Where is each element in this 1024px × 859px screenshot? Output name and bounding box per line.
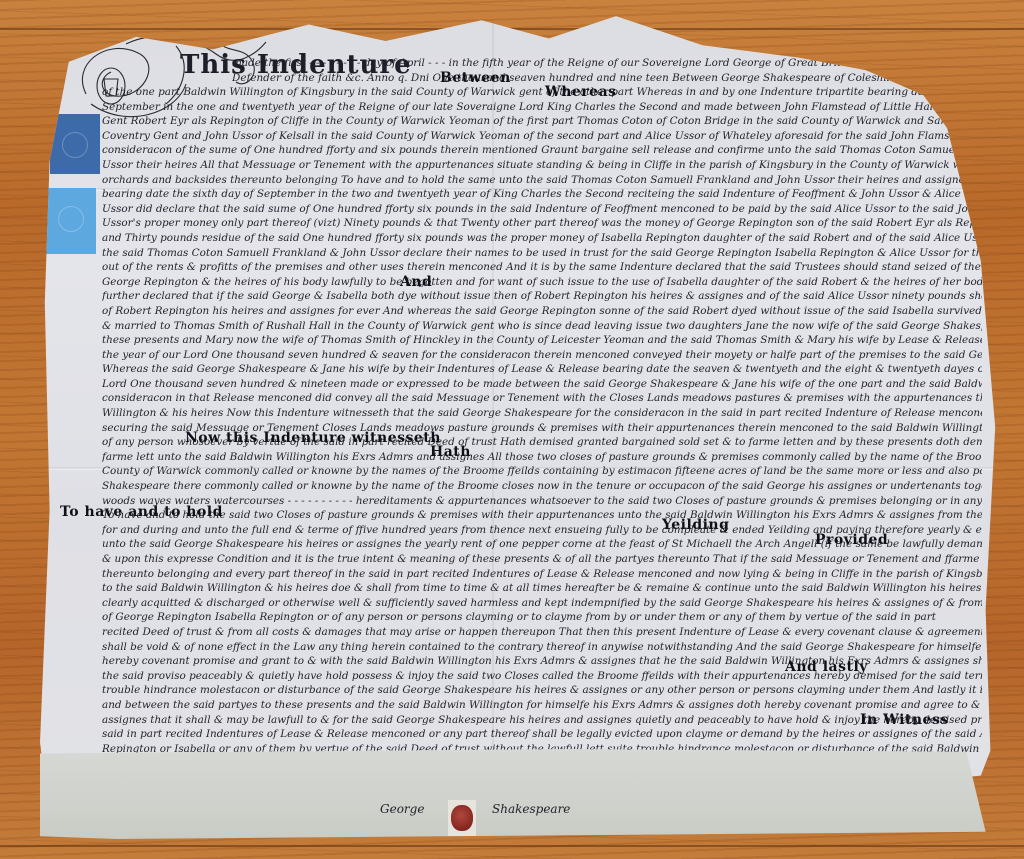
text-line: thereunto belonging and every part there… xyxy=(102,567,982,582)
tax-stamp-dark xyxy=(50,114,100,174)
keyword-witnesseth: Now this Indenture witnesseth xyxy=(185,430,441,446)
text-line: further declared that if the said George… xyxy=(102,289,982,304)
text-line: of George Repington Isabella Repington o… xyxy=(102,610,982,625)
text-line: farme lett unto the said Baldwin Willing… xyxy=(102,450,982,465)
text-line: George Repington & the heires of his bod… xyxy=(102,275,982,290)
parchment-sheet: This Indenture made the first - - - - - … xyxy=(40,12,1000,842)
floorboard-seam xyxy=(0,845,1024,847)
text-line: Coventry Gent and John Ussor of Kelsall … xyxy=(102,129,982,144)
text-line: woods wayes waters watercourses - - - - … xyxy=(102,494,982,509)
keyword-between: Between xyxy=(440,70,511,86)
keyword-yeilding: Yeilding xyxy=(662,517,729,533)
text-line: said in part recited Indentures of Lease… xyxy=(102,727,982,742)
keyword-in-witness: In Witness xyxy=(860,712,949,728)
text-line: Defender of the faith &c. Anno q. Dni On… xyxy=(232,71,1024,86)
signature-strip xyxy=(40,749,1000,839)
text-line: bearing date the sixth day of September … xyxy=(102,187,982,202)
text-line: these presents and Mary now the wife of … xyxy=(102,333,982,348)
signature-last-name: Shakespeare xyxy=(492,802,570,816)
text-line: the said Thomas Coton Samuell Frankland … xyxy=(102,246,982,261)
text-line: County of Warwick commonly called or kno… xyxy=(102,464,982,479)
text-line: and Thirty pounds residue of the said On… xyxy=(102,231,982,246)
indenture-parchment: This Indenture made the first - - - - - … xyxy=(40,12,1000,842)
text-line: trouble hindrance molestacon or disturba… xyxy=(102,683,982,698)
keyword-and-lastly: And lastly xyxy=(785,659,868,675)
text-line: Lord One thousand seven hundred & ninete… xyxy=(102,377,982,392)
text-line: orchards and backsides thereunto belongi… xyxy=(102,173,982,188)
text-line: Ussor did declare that the said sume of … xyxy=(102,202,982,217)
text-line: clearly acquitted & discharged or otherw… xyxy=(102,596,982,611)
text-line: of the one part Baldwin Willington of Ki… xyxy=(102,85,982,100)
keyword-hath: Hath xyxy=(430,444,471,460)
text-line: assignes that it shall & may be lawfull … xyxy=(102,713,982,728)
document-body: made the first - - - - - - - - day of Ap… xyxy=(102,56,1024,85)
keyword-to-have-and-to-hold: To have and to hold xyxy=(60,504,223,520)
text-line: made the first - - - - - - - - day of Ap… xyxy=(232,56,1024,71)
text-line: the year of our Lord One thousand seven … xyxy=(102,348,982,363)
signature-first-name: George xyxy=(380,802,424,816)
keyword-and: And xyxy=(400,274,432,290)
text-line: Ussor's proper money only part thereof (… xyxy=(102,216,982,231)
keyword-whereas: Whereas xyxy=(545,84,617,100)
text-line: To have and to hold the said two Closes … xyxy=(102,508,982,523)
text-line: consideracon in that Release menconed di… xyxy=(102,391,982,406)
text-line: consideracon of the sume of One hundred … xyxy=(102,143,982,158)
text-line: and between the said partyes to these pr… xyxy=(102,698,982,713)
text-line: & married to Thomas Smith of Rushall Hal… xyxy=(102,319,982,334)
keyword-provided: Provided xyxy=(815,532,888,548)
wax-seal-icon xyxy=(451,805,473,831)
text-line: Willington & his heires Now this Indentu… xyxy=(102,406,982,421)
text-line: September in the one and twentyeth year … xyxy=(102,100,982,115)
text-line: Ussor their heires All that Messuage or … xyxy=(102,158,982,173)
tax-stamp-light xyxy=(46,188,96,254)
text-line: recited Deed of trust & from all costs &… xyxy=(102,625,982,640)
text-line: out of the rents & profitts of the premi… xyxy=(102,260,982,275)
text-line: Gent Robert Eyr als Repington of Cliffe … xyxy=(102,114,982,129)
text-line: shall be void & of none effect in the La… xyxy=(102,640,982,655)
text-line: Shakespeare there commonly called or kno… xyxy=(102,479,982,494)
text-line: to the said Baldwin Willington & his hei… xyxy=(102,581,982,596)
text-line: of Robert Repington his heires and assig… xyxy=(102,304,982,319)
text-line: Whereas the said George Shakespeare & Ja… xyxy=(102,362,982,377)
text-line: & upon this expresse Condition and it is… xyxy=(102,552,982,567)
